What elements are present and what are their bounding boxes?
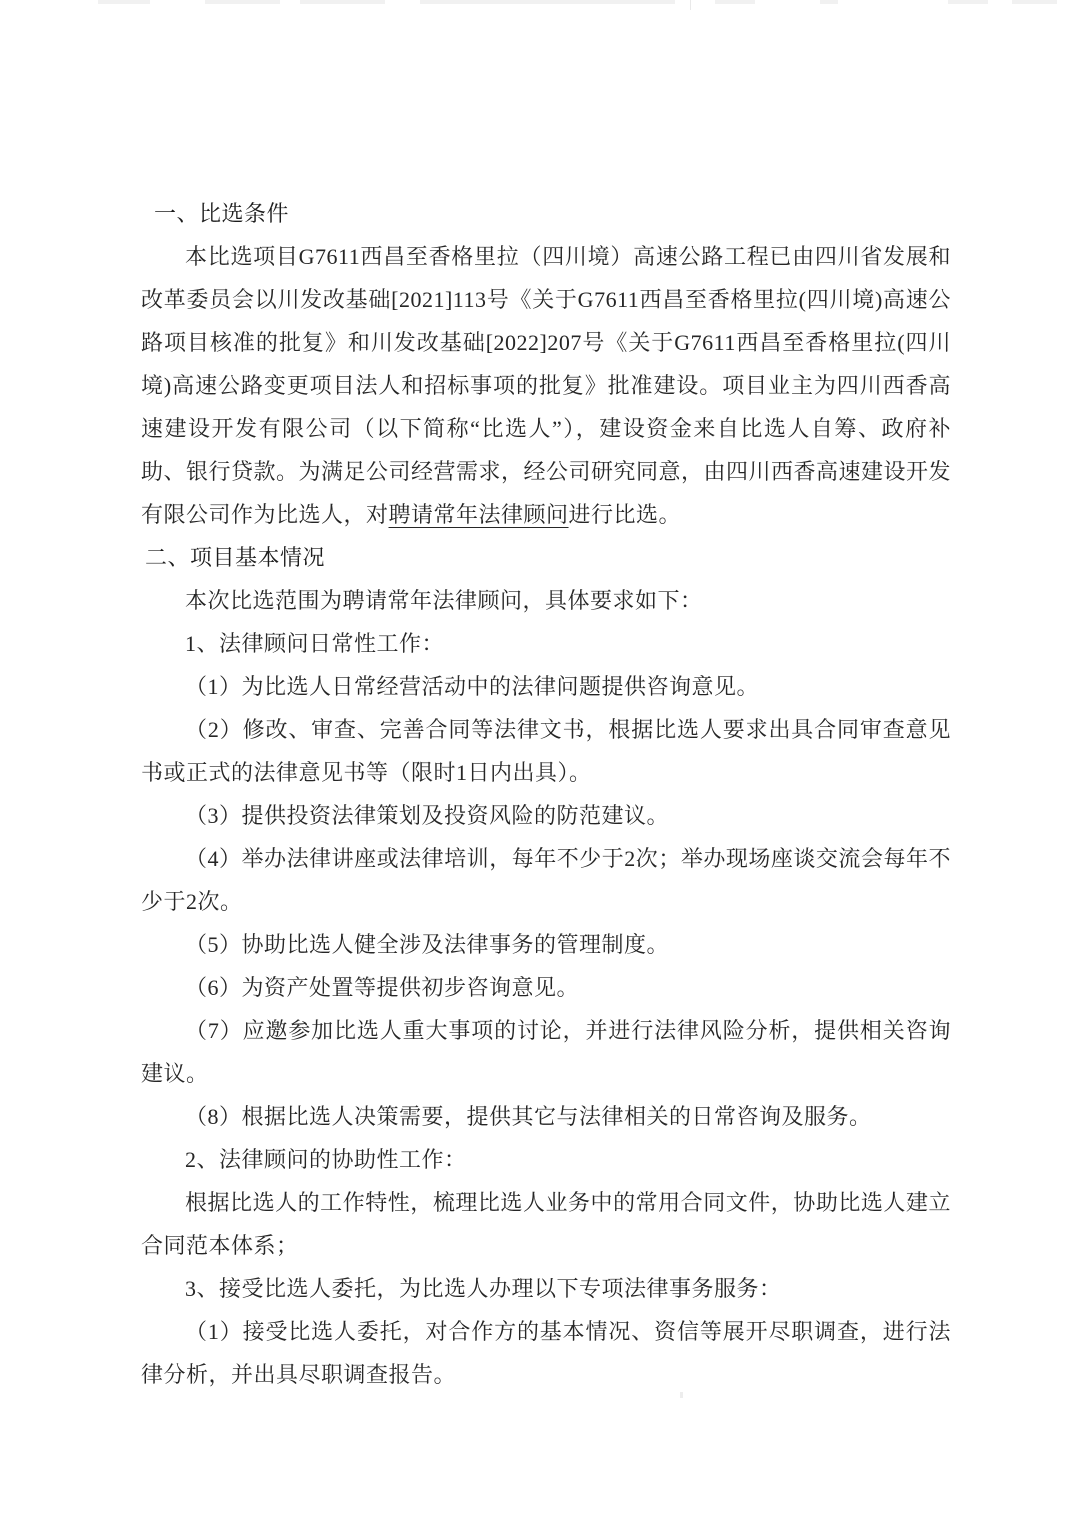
list-item-3-heading: 3、接受比选人委托，为比选人办理以下专项法律事务服务： [141,1267,951,1310]
underlined-phrase-legal-counsel: 聘请常年法律顾问 [389,502,569,527]
section-1-heading: 一、比选条件 [154,192,951,235]
scan-artifact [948,0,988,4]
list-item-1-sub-4: （4）举办法律讲座或法律培训，每年不少于2次；举办现场座谈交流会每年不少于2次。 [141,837,951,923]
scan-artifact [440,0,675,4]
list-item-1-sub-6: （6）为资产处置等提供初步咨询意见。 [141,966,951,1009]
list-item-3-sub-1: （1）接受比选人委托，对合作方的基本情况、资信等展开尽职调查，进行法律分析，并出… [141,1310,951,1396]
scan-artifact [205,0,280,4]
list-item-2-body: 根据比选人的工作特性，梳理比选人业务中的常用合同文件，协助比选人建立合同范本体系… [141,1181,951,1267]
scan-artifact [820,0,838,4]
scan-artifact [690,0,691,10]
list-item-1-sub-2: （2）修改、审查、完善合同等法律文书，根据比选人要求出具合同审查意见书或正式的法… [141,708,951,794]
list-item-1-sub-7: （7）应邀参加比选人重大事项的讨论，并进行法律风险分析，提供相关咨询建议。 [141,1009,951,1095]
paragraph-project-background: 本比选项目G7611西昌至香格里拉（四川境）高速公路工程已由四川省发展和改革委员… [141,235,951,536]
paragraph-text-post: 进行比选。 [569,502,682,527]
list-item-1-sub-1: （1）为比选人日常经营活动中的法律问题提供咨询意见。 [141,665,951,708]
document-content: 一、比选条件 本比选项目G7611西昌至香格里拉（四川境）高速公路工程已由四川省… [141,192,951,1396]
scan-artifact [98,0,150,4]
list-item-1-sub-8: （8）根据比选人决策需要，提供其它与法律相关的日常咨询及服务。 [141,1095,951,1138]
paragraph-scope-intro: 本次比选范围为聘请常年法律顾问，具体要求如下： [141,579,951,622]
scan-artifact [300,0,385,4]
paragraph-text-pre: 本比选项目G7611西昌至香格里拉（四川境）高速公路工程已由四川省发展和改革委员… [141,244,951,527]
list-item-1-sub-5: （5）协助比选人健全涉及法律事务的管理制度。 [141,923,951,966]
list-item-2-heading: 2、法律顾问的协助性工作： [141,1138,951,1181]
section-2-heading: 二、项目基本情况 [145,536,951,579]
document-page: 一、比选条件 本比选项目G7611西昌至香格里拉（四川境）高速公路工程已由四川省… [0,0,1080,1527]
list-item-1-heading: 1、法律顾问日常性工作： [141,622,951,665]
list-item-1-sub-3: （3）提供投资法律策划及投资风险的防范建议。 [141,794,951,837]
scan-artifact [1012,0,1057,4]
scan-artifact [715,0,755,4]
